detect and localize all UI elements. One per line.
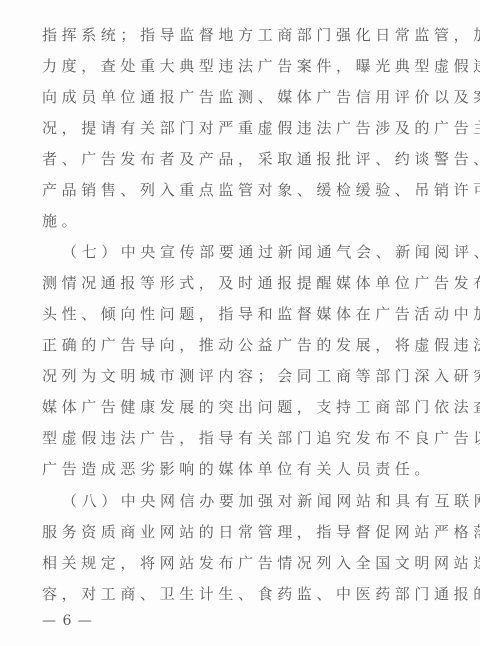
section-heading-line: （八）中央网信办要加强对新闻网站和具有互联网新闻信息	[62, 491, 462, 511]
paragraph-line: 力度，查处重大典型违法广告案件，曝光典型虚假违法广告，及时	[42, 56, 442, 76]
paragraph-line: 况列为文明城市测评内容；会同工商等部门深入研究和解决制约	[42, 366, 442, 386]
document-page: 指挥系统；指导监督地方工商部门强化日常监管，加大案件查办 力度，查处重大典型违法…	[0, 0, 480, 646]
section-heading-line: （七）中央宣传部要通过新闻通气会、新闻阅评、转发广告监	[62, 242, 462, 262]
paragraph-line: 服务资质商业网站的日常管理，指导督促网站严格落实广告审查	[42, 522, 442, 542]
paragraph-line: 媒体广告健康发展的突出问题，支持工商部门依法查处和曝光典	[42, 397, 442, 417]
paragraph-line: 广告造成恶劣影响的媒体单位有关人员责任。	[42, 459, 442, 479]
paragraph-line: 测情况通报等形式，及时通报提醒媒体单位广告发布中存在的苗	[42, 273, 442, 293]
paragraph-line: 指挥系统；指导监督地方工商部门强化日常监管，加大案件查办	[42, 25, 442, 45]
paragraph-line: 正确的广告导向，推动公益广告的发展，将虚假违法广告整治情	[42, 335, 442, 355]
paragraph-line: 产品销售、列入重点监管对象、缓检缓验、吊销许可等行政处理措	[42, 180, 442, 200]
paragraph-line: 况，提请有关部门对严重虚假违法广告涉及的广告主、广告经营	[42, 118, 442, 138]
page-number: — 6 —	[42, 611, 93, 631]
paragraph-line: 向成员单位通报广告监测、媒体广告信用评价以及案件查处等情	[42, 87, 442, 107]
paragraph-line: 型虚假违法广告，指导有关部门追究发布不良广告以及虚假违法	[42, 428, 442, 448]
paragraph-line: 者、广告发布者及产品，采取通报批评、约谈警告、追究责任、暂停	[42, 149, 442, 169]
paragraph-line: 相关规定，将网站发布广告情况列入全国文明网站选评的考核内	[42, 553, 442, 573]
paragraph-line: 头性、倾向性问题，指导和监督媒体在广告活动中加强自律，坚持	[42, 304, 442, 324]
paragraph-line: 施。	[42, 211, 442, 231]
paragraph-line: 容，对工商、卫生计生、食药监、中医药部门通报的发布互联网非	[42, 584, 442, 604]
